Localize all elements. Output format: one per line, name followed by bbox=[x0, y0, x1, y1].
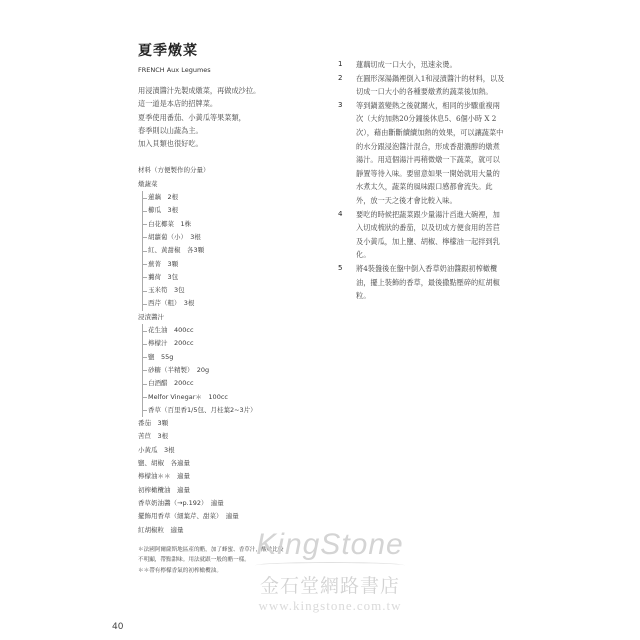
group-title: 燉蔬菜 bbox=[138, 178, 328, 191]
intro-line: 加入貝類也很好吃。 bbox=[138, 137, 328, 150]
ingredient-item: 西芹（粗） 3根 bbox=[143, 297, 328, 310]
recipe-intro: 用浸漬醬汁先製成燉菜，再做成沙拉。 這一道是本店的招牌菜。 夏季使用番茄、小黃瓜… bbox=[138, 84, 328, 150]
watermark-swoosh bbox=[255, 562, 405, 569]
watermark-chinese: 金石堂網路書店 bbox=[230, 571, 430, 598]
intro-line: 夏季使用番茄、小黃瓜等果菜類， bbox=[138, 111, 328, 124]
ingredient-item: 苦苣 3根 bbox=[138, 430, 328, 443]
ingredient-item: 胡蘿蔔（小） 3根 bbox=[143, 231, 328, 244]
ingredient-item: 檸檬油＊＊ 適量 bbox=[138, 470, 328, 483]
step-text: 要吃的時候把蔬菜跟少量湯汁舀進大碗裡，加入切成梳狀的番茄，以及切成方便食用的苦苣… bbox=[356, 208, 506, 262]
ingredient-group-stewed-vegetables: 燉蔬菜 蓮藕 2根 櫛瓜 3根 白花椰菜 1株 胡蘿蔔（小） 3根 紅、黃甜椒 … bbox=[138, 178, 328, 311]
ingredient-item: 鹽 55g bbox=[143, 351, 328, 364]
extra-ingredients: 番茄 3顆 苦苣 3根 小黃瓜 3根 鹽、胡椒 各適量 檸檬油＊＊ 適量 初榨橄… bbox=[138, 417, 328, 537]
intro-line: 這一道是本店的招牌菜。 bbox=[138, 97, 328, 110]
step-1: 1 蓮藕切成一口大小，迅速汆燙。 bbox=[338, 58, 506, 72]
ingredient-item: 番茄 3顆 bbox=[138, 417, 328, 430]
step-number: 3 bbox=[338, 99, 356, 208]
ingredient-item: 花生油 400cc bbox=[143, 324, 328, 337]
ingredients-column: 夏季燉菜 FRENCH Aux Legumes 用浸漬醬汁先製成燉菜，再做成沙拉… bbox=[138, 40, 328, 576]
ingredient-tree: 花生油 400cc 檸檬汁 200cc 鹽 55g 砂糖（半精製） 20g 白酒… bbox=[142, 324, 328, 417]
intro-line: 春季則以山蔬為主。 bbox=[138, 124, 328, 137]
ingredient-item: 櫛瓜 3根 bbox=[143, 204, 328, 217]
ingredient-item: 小黃瓜 3根 bbox=[138, 444, 328, 457]
page-number: 40 bbox=[112, 622, 123, 632]
step-number: 2 bbox=[338, 72, 356, 99]
ingredient-item: 紅、黃甜椒 各3顆 bbox=[143, 244, 328, 257]
watermark-logo: KingStone bbox=[230, 528, 430, 562]
ingredient-item: 鹽、胡椒 各適量 bbox=[138, 457, 328, 470]
watermark-url: www.kingstone.com.tw bbox=[230, 598, 430, 614]
ingredient-group-marinade: 浸漬醬汁 花生油 400cc 檸檬汁 200cc 鹽 55g 砂糖（半精製） 2… bbox=[138, 311, 328, 417]
step-5: 5 將4裝盤後在盤中倒入香草奶油醬跟初榨橄欖油，擺上裝飾的香草，最後撒點壓碎的紅… bbox=[338, 262, 506, 303]
ingredient-item: 香草（百里香1/5包、月桂葉2~3片） bbox=[143, 404, 328, 417]
ingredient-item: 蕪菁 3顆 bbox=[143, 258, 328, 271]
step-text: 將4裝盤後在盤中倒入香草奶油醬跟初榨橄欖油，擺上裝飾的香草，最後撒點壓碎的紅胡椒… bbox=[356, 262, 506, 303]
step-text: 蓮藕切成一口大小，迅速汆燙。 bbox=[356, 58, 457, 72]
ingredient-item: 檸檬汁 200cc bbox=[143, 337, 328, 350]
step-number: 5 bbox=[338, 262, 356, 303]
step-4: 4 要吃的時候把蔬菜跟少量湯汁舀進大碗裡，加入切成梳狀的番茄，以及切成方便食用的… bbox=[338, 208, 506, 262]
ingredient-item: Melfor Vinegar＊ 100cc bbox=[143, 391, 328, 404]
recipe-subtitle: FRENCH Aux Legumes bbox=[138, 66, 328, 74]
step-text: 等到鍋蓋變熱之後就關火，相同的步驟重複兩次（大約加熱20分鐘後休息5、6個小時 … bbox=[356, 99, 506, 208]
step-3: 3 等到鍋蓋變熱之後就關火，相同的步驟重複兩次（大約加熱20分鐘後休息5、6個小… bbox=[338, 99, 506, 208]
ingredient-item: 擺飾用香草（細葉芹、甜菜） 適量 bbox=[138, 510, 328, 523]
step-text: 在圓形深湯鍋裡倒入1和浸漬醬汁的材料，以及切成一口大小的各種要燉煮的蔬菜後加熱。 bbox=[356, 72, 506, 99]
ingredient-item: 初榨橄欖油 適量 bbox=[138, 484, 328, 497]
ingredient-item: 香草奶油醬（→p.192） 適量 bbox=[138, 497, 328, 510]
intro-line: 用浸漬醬汁先製成燉菜，再做成沙拉。 bbox=[138, 84, 328, 97]
ingredient-item: 蓮藕 2根 bbox=[143, 191, 328, 204]
materials-heading: 材料（方便製作的分量） bbox=[138, 164, 328, 177]
step-number: 1 bbox=[338, 58, 356, 72]
step-number: 4 bbox=[338, 208, 356, 262]
recipe-title: 夏季燉菜 bbox=[138, 40, 328, 60]
steps-column: 1 蓮藕切成一口大小，迅速汆燙。 2 在圓形深湯鍋裡倒入1和浸漬醬汁的材料，以及… bbox=[338, 58, 506, 303]
group-title: 浸漬醬汁 bbox=[138, 311, 328, 324]
ingredient-item: 蘘荷 3包 bbox=[143, 271, 328, 284]
ingredient-item: 砂糖（半精製） 20g bbox=[143, 364, 328, 377]
step-2: 2 在圓形深湯鍋裡倒入1和浸漬醬汁的材料，以及切成一口大小的各種要燉煮的蔬菜後加… bbox=[338, 72, 506, 99]
ingredient-tree: 蓮藕 2根 櫛瓜 3根 白花椰菜 1株 胡蘿蔔（小） 3根 紅、黃甜椒 各3顆 … bbox=[142, 191, 328, 311]
watermark: KingStone 金石堂網路書店 www.kingstone.com.tw bbox=[230, 528, 430, 614]
ingredient-item: 白花椰菜 1株 bbox=[143, 218, 328, 231]
ingredient-item: 白酒醋 200cc bbox=[143, 377, 328, 390]
ingredient-item: 玉米筍 3包 bbox=[143, 284, 328, 297]
